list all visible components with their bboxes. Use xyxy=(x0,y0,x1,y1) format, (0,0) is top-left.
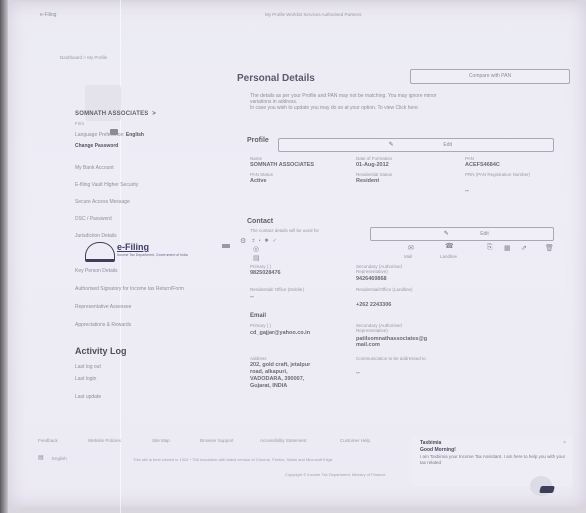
globe-icon[interactable]: ◎ xyxy=(253,245,259,253)
contact-note: The contact details will be used for xyxy=(250,228,319,233)
field-label: Residential/ Office (Mobile) xyxy=(250,287,304,292)
contact-section-title: Contact xyxy=(247,218,273,225)
share-icon[interactable]: ⎘ xyxy=(487,244,493,252)
activity-log-title: Activity Log xyxy=(75,346,127,356)
sidebar-item-bank-account[interactable]: My Bank Account xyxy=(75,165,114,171)
entity-type: Firm xyxy=(75,121,84,126)
footer-link-sitemap[interactable]: Site Map xyxy=(152,438,170,443)
activity-last-update: Last update xyxy=(75,394,101,400)
primary-email-value: cd_gajjar@yahoo.co.in xyxy=(250,330,310,336)
comm-address-value: -- xyxy=(356,370,360,376)
field-label: Primary ( ) xyxy=(250,264,271,269)
chat-greeting: Good Morning! xyxy=(420,447,456,453)
footer-link-policies[interactable]: Website Policies xyxy=(88,438,121,443)
secondary-email-value: patilsomnathassociates@gmail.com xyxy=(356,336,431,348)
address-line: Gujarat, INDIA xyxy=(250,383,287,389)
footer-link-help[interactable]: Customer Help xyxy=(340,438,370,443)
prn-value: -- xyxy=(465,188,469,194)
compare-with-pan-button[interactable]: Compare with PAN xyxy=(410,69,570,84)
field-label: PAN xyxy=(465,156,474,161)
note-line[interactable]: In case you wish to update you may do so… xyxy=(250,105,418,111)
assistant-avatar-icon[interactable] xyxy=(530,476,552,496)
page-title: Personal Details xyxy=(237,73,315,84)
sidebar-item-key-person[interactable]: Key Person Details xyxy=(75,268,118,274)
residential-status-value: Resident xyxy=(356,178,379,184)
language-icon: ▤ xyxy=(38,454,44,461)
field-label: PRN (PAN Registration Number) xyxy=(465,172,535,177)
close-icon[interactable]: × xyxy=(563,440,566,446)
field-label: PAN Status xyxy=(250,172,273,177)
address-line: 202, gold craft, jetalpur xyxy=(250,362,310,368)
emblem-icon xyxy=(85,242,115,262)
sidebar-item-rewards[interactable]: Appreciations & Rewards xyxy=(75,322,131,328)
pan-value: ACEFS4684C xyxy=(465,162,500,168)
address-line: road, alkapuri, xyxy=(250,369,288,375)
name-value: SOMNATH ASSOCIATES xyxy=(250,162,314,168)
language-select[interactable]: English xyxy=(52,456,67,461)
footer-link-feedback[interactable]: Feedback xyxy=(38,438,58,443)
field-label: Residential/Office (Landline) xyxy=(356,287,421,292)
field-label: Address xyxy=(250,356,267,361)
address-line: VADODARA, 390007, xyxy=(250,376,304,382)
settings-icon[interactable]: ⚙ xyxy=(240,237,246,245)
change-password-link[interactable]: Change Password xyxy=(75,143,118,149)
profile-edit-button[interactable]: ✎ Edit xyxy=(278,138,554,152)
sidebar-item-jurisdiction[interactable]: Jurisdiction Details xyxy=(75,233,117,239)
menu-icon[interactable] xyxy=(222,244,230,248)
office-mobile-value: -- xyxy=(250,294,254,300)
activity-last-login: Last login xyxy=(75,376,96,382)
field-label: Residential Status xyxy=(356,172,392,177)
efiling-logo: e-Filing Income Tax Department, Governme… xyxy=(85,240,205,260)
email-section-title: Email xyxy=(250,313,266,319)
mail-icon[interactable]: ✉ xyxy=(408,244,414,252)
profile-section-title: Profile xyxy=(247,137,269,144)
field-label: Primary ( ) xyxy=(250,323,271,328)
field-label: Communication to be addressed to xyxy=(356,356,426,361)
entity-name[interactable]: SOMNATH ASSOCIATES > xyxy=(75,111,156,117)
pencil-icon: ✎ xyxy=(389,141,394,148)
toolbar-icons[interactable]: ±•✱✓ xyxy=(252,238,281,244)
calendar-icon[interactable]: ▦ xyxy=(504,244,511,252)
portal-name[interactable]: e-Filing xyxy=(40,12,56,18)
top-nav[interactable]: My Profile Worklist Services Authorised … xyxy=(265,12,361,17)
sidebar-item-secure-message[interactable]: Secure Access Message xyxy=(75,199,130,205)
landline-icon[interactable]: ☎ xyxy=(445,242,454,250)
photo-edge xyxy=(0,0,8,513)
contact-edit-button[interactable]: ✎ Edit xyxy=(370,227,554,241)
formation-date-value: 01-Aug-2012 xyxy=(356,162,389,168)
copyright: Copyright © Income Tax Department, Minis… xyxy=(285,472,385,477)
pan-status-value: Active xyxy=(250,178,267,184)
landline-value: +262 2243306 xyxy=(356,302,391,308)
chevron-right-icon: > xyxy=(152,111,156,117)
icon-label: Mail xyxy=(404,254,412,259)
pencil-icon: ✎ xyxy=(444,230,449,237)
external-link-icon[interactable]: ⇗ xyxy=(521,244,527,252)
activity-last-logout: Last log out xyxy=(75,364,101,370)
field-label: Secondary (Authorised Representative) xyxy=(356,323,431,333)
field-label: Date of Formation xyxy=(356,156,392,161)
icon-label: Landline xyxy=(440,254,457,259)
footer-link-browser-support[interactable]: Browser Support xyxy=(200,438,234,443)
language-preference[interactable]: Language Preference: English xyxy=(75,132,144,138)
chat-bot-name: Taxbimia xyxy=(420,440,441,446)
field-label: Name xyxy=(250,156,262,161)
sms-icon[interactable]: ▤ xyxy=(253,254,260,262)
delete-icon[interactable]: 🗑 xyxy=(545,244,554,252)
breadcrumb[interactable]: Dashboard > My Profile xyxy=(60,55,107,60)
chat-intro: I am Taxbimia your Income Tax Assistant.… xyxy=(420,454,568,466)
browser-note: This site is best viewed in 1024 * 768 r… xyxy=(133,457,333,462)
primary-mobile-value: 9825028476 xyxy=(250,270,281,276)
field-label: Secondary (Authorised Representative) xyxy=(356,264,431,274)
sidebar-item-representative[interactable]: Representative Assessee xyxy=(75,304,131,310)
sidebar-item-authorised-signatory[interactable]: Authorised Signatory for Income tax Retu… xyxy=(75,286,184,292)
footer-link-accessibility[interactable]: Accessibility Statement xyxy=(260,438,306,443)
secondary-mobile-value: 9426469868 xyxy=(356,276,387,282)
sidebar-item-dsc[interactable]: DSC / Password xyxy=(75,216,112,222)
sidebar-item-vault[interactable]: E-filing Vault Higher Security xyxy=(75,182,138,188)
